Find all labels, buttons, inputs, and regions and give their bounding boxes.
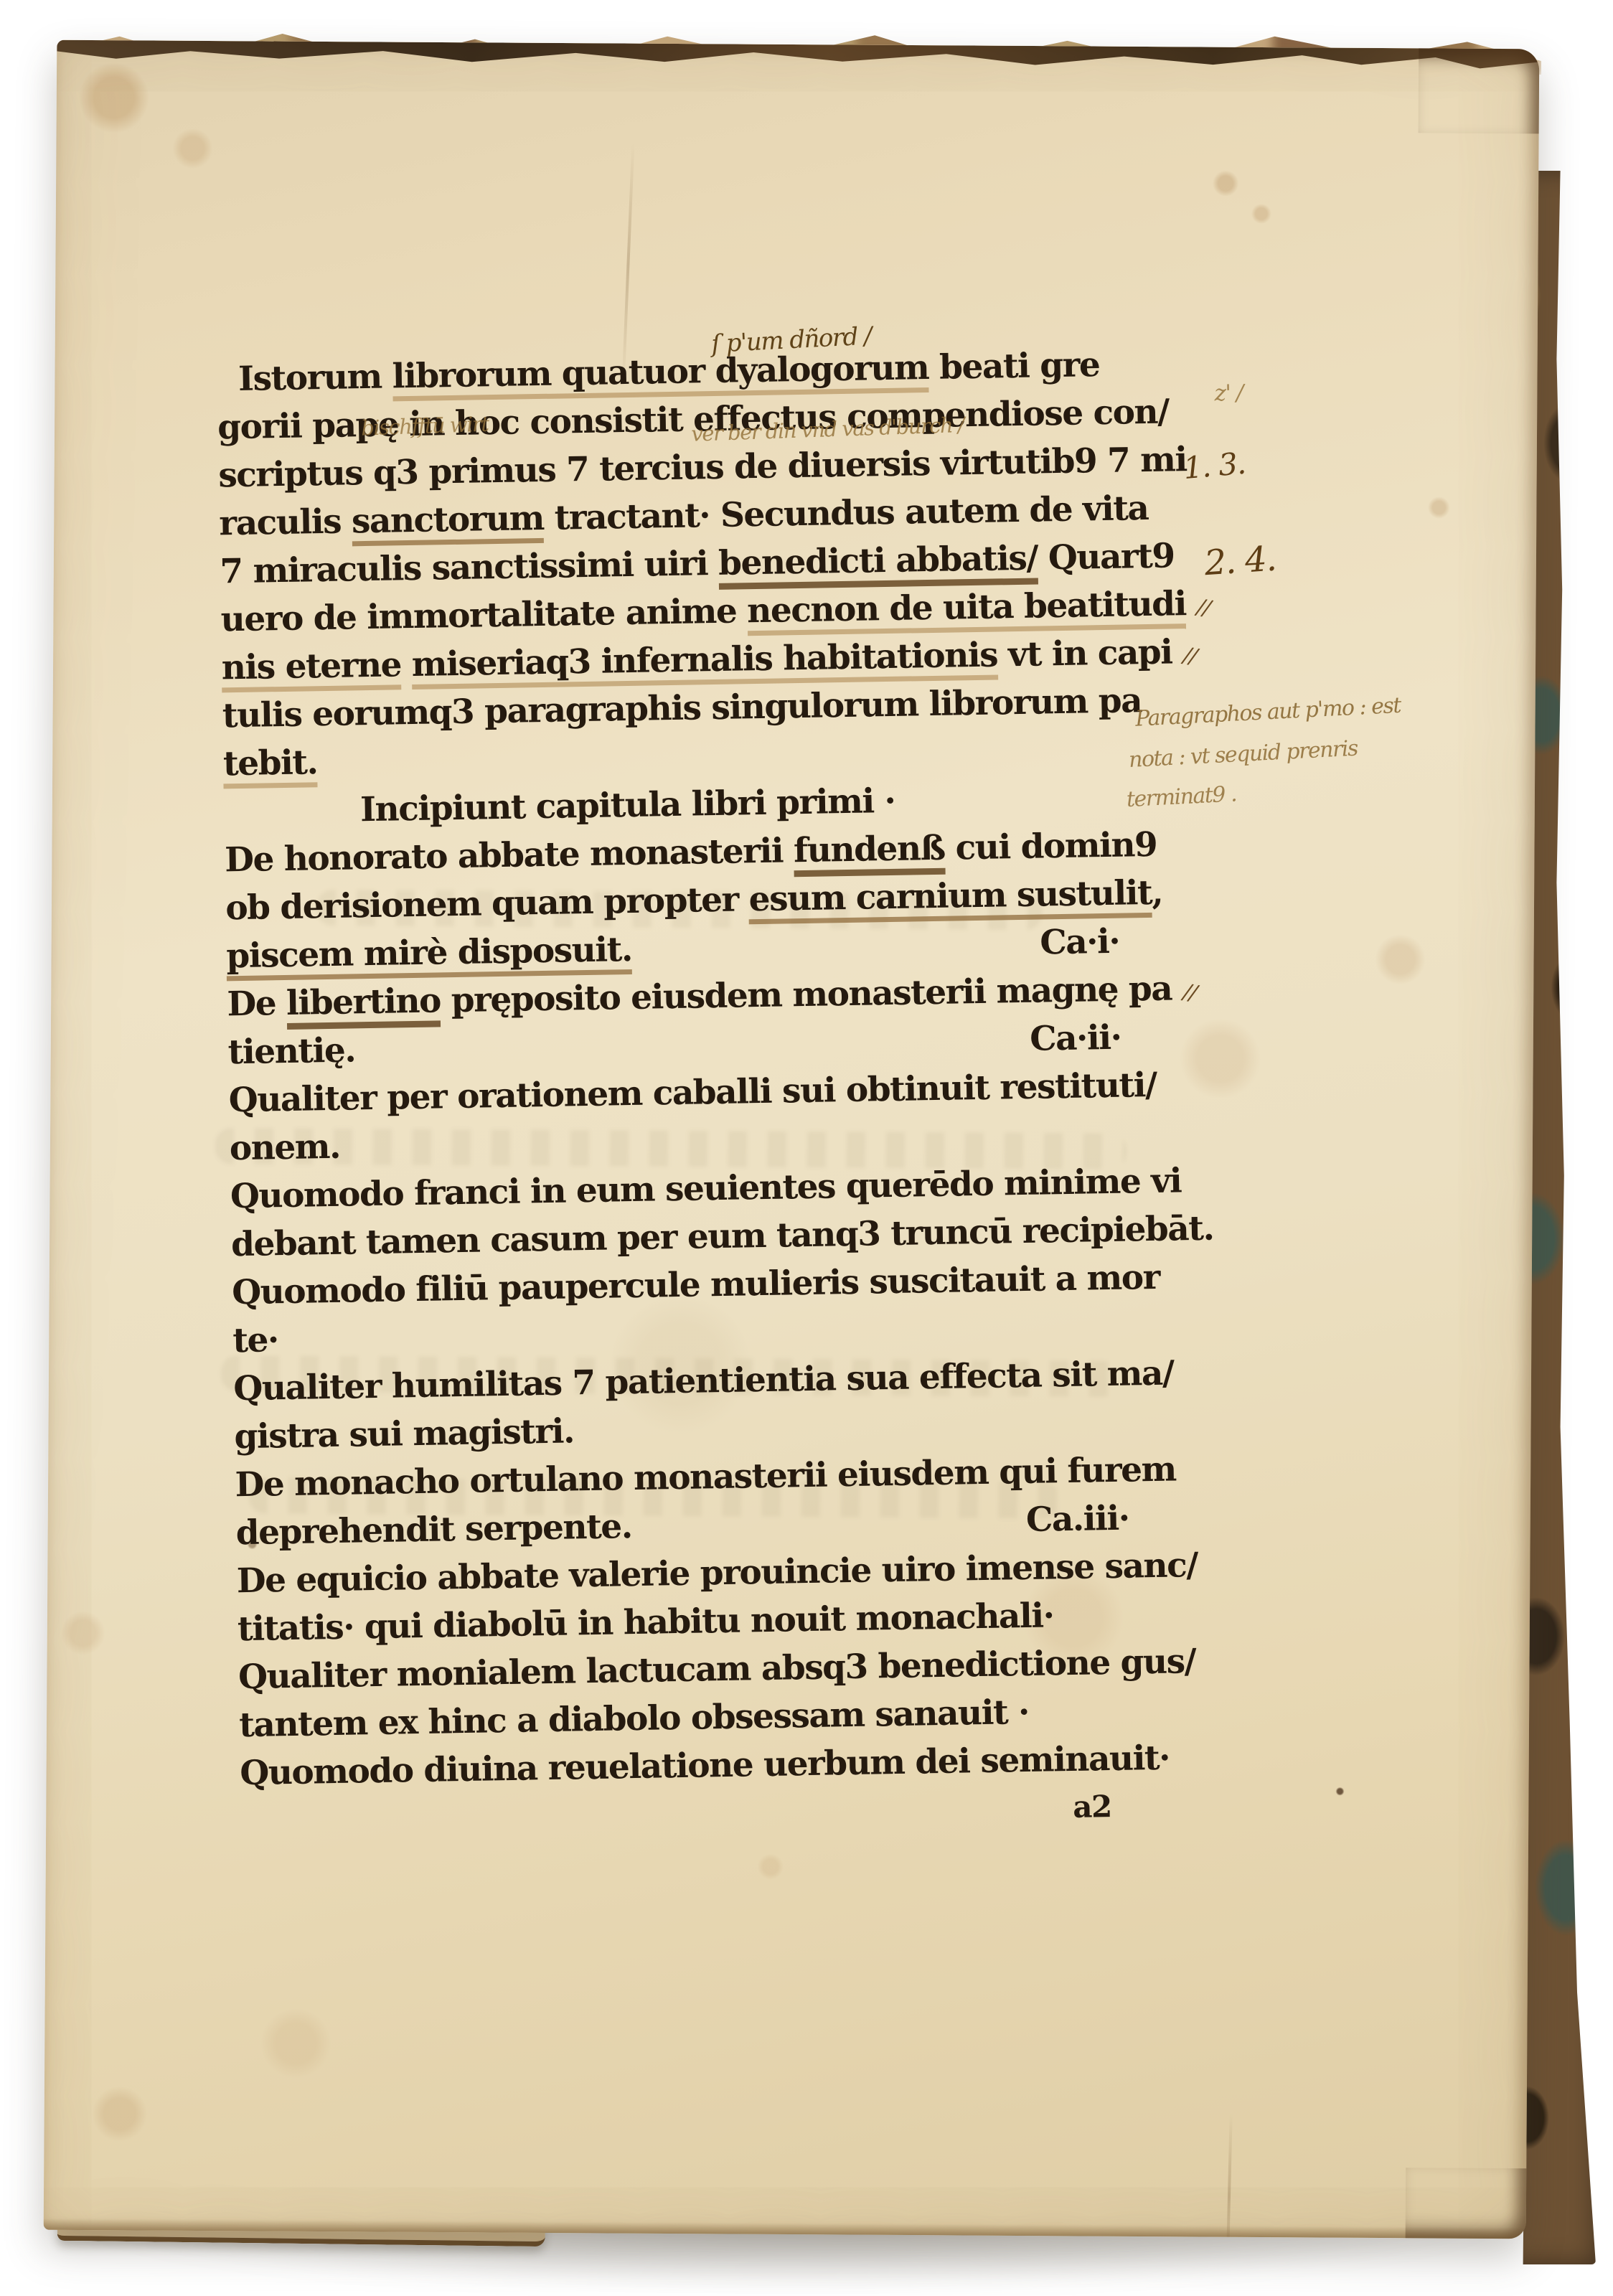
- signature-mark: a2: [1073, 1789, 1111, 1825]
- book-page: Istorum librorum quatuor dyalogorum beat…: [44, 40, 1540, 2239]
- text-segment: cui domin9: [944, 825, 1157, 868]
- text-segment: gistra sui magistri.: [234, 1411, 574, 1457]
- underlined-text-segment: libertino: [286, 981, 441, 1030]
- text-segment: raculis: [219, 502, 352, 543]
- text-segment: deprehendit serpente.: [235, 1507, 632, 1553]
- text-segment: te·: [232, 1320, 278, 1360]
- text-segment: Istorum: [238, 357, 392, 399]
- text-segment: tientię.: [227, 1030, 355, 1072]
- text-segment: De honorato abbate monasterii: [225, 831, 794, 880]
- text-segment: Quart9: [1038, 536, 1175, 578]
- underlined-text-segment: nis eterne: [221, 645, 401, 692]
- underlined-text-segment: miseriaq3 infernalis habitationis: [411, 635, 997, 690]
- margin-number-annotation: 2. 4.: [1203, 538, 1277, 583]
- text-segment: onem.: [229, 1127, 340, 1169]
- text-segment: Incipiunt capitula libri primi ·: [360, 781, 895, 829]
- interlinear-faded-note: bischfftū wirt: [361, 412, 489, 441]
- underlined-text-segment: necnon de uita beatitudi: [747, 584, 1187, 636]
- line-spacer: [355, 1050, 1030, 1062]
- underlined-text-segment: sanctorum: [351, 499, 544, 546]
- underlined-text-segment: esum carnium sustulit: [748, 873, 1152, 924]
- underlined-text-segment: tebit.: [223, 743, 318, 789]
- underlined-text-segment: librorum quatuor dyalogorum: [392, 348, 929, 401]
- text-segment: beati gre: [928, 345, 1100, 387]
- underlined-text-segment: piscem mirè disposuit.: [226, 930, 632, 981]
- printed-text-block: Istorum librorum quatuor dyalogorum beat…: [217, 344, 1202, 1802]
- text-segment: De: [227, 984, 286, 1024]
- underlined-text-segment: benedicti abbatis/: [718, 539, 1038, 590]
- chapter-number-label: Ca.iii·: [1025, 1499, 1129, 1540]
- interlinear-faded-note: z' /: [1214, 380, 1243, 407]
- underlined-text-segment: fundenß: [794, 829, 946, 877]
- text-segment: vt in capi: [997, 632, 1172, 674]
- margin-number-annotation: 1. 3.: [1182, 446, 1246, 486]
- text-segment: uero de immortalitate anime: [220, 591, 747, 639]
- chapter-number-label: Ca·i·: [1040, 922, 1120, 963]
- text-segment: 7 miraculis sanctissimi uiri: [220, 544, 719, 592]
- text-segment: ob derisionem quam propter: [225, 880, 749, 928]
- chapter-number-label: Ca·ii·: [1030, 1018, 1121, 1059]
- page-surface: Istorum librorum quatuor dyalogorum beat…: [44, 40, 1540, 2239]
- line-spacer: [632, 1531, 1026, 1538]
- photo-stage: Istorum librorum quatuor dyalogorum beat…: [0, 0, 1613, 2296]
- text-segment: ,: [1152, 873, 1163, 913]
- text-segment: [400, 645, 412, 684]
- line-spacer: [632, 954, 1040, 961]
